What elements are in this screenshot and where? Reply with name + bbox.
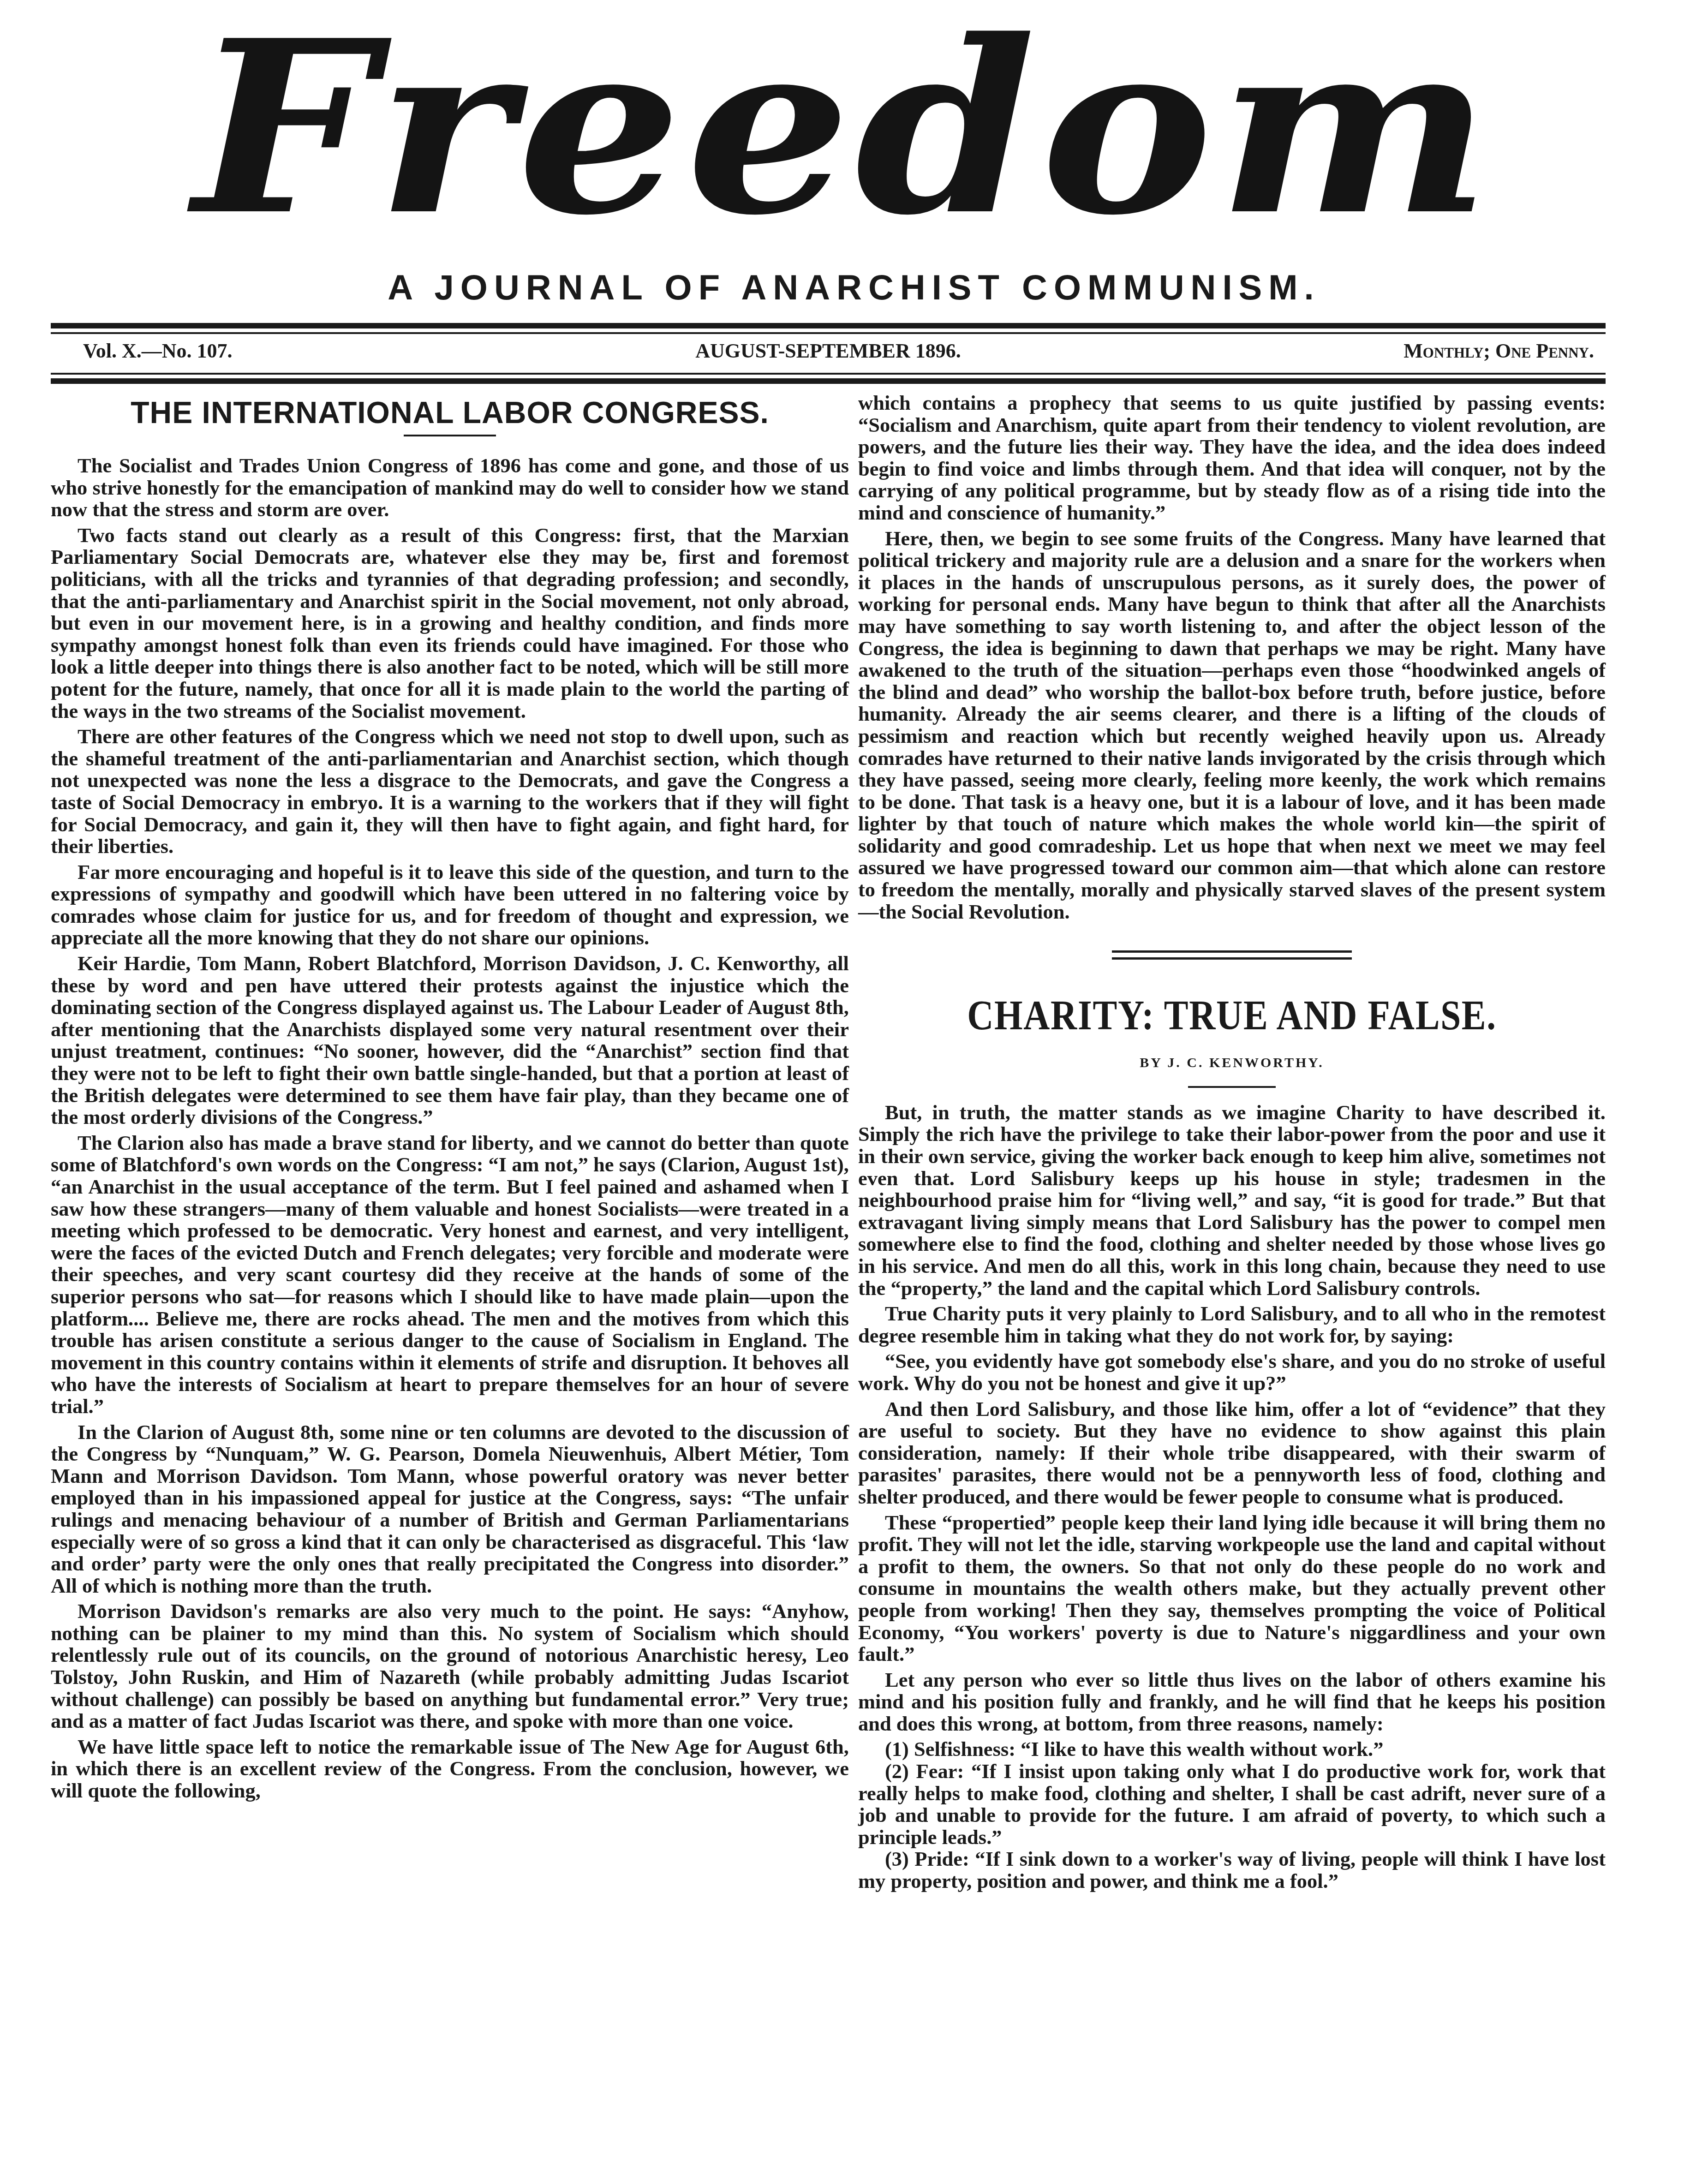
column-right: which contains a prophecy that seems to … bbox=[858, 392, 1606, 1892]
issue-date: AUGUST-SEPTEMBER 1896. bbox=[51, 339, 1606, 363]
article-paragraph: And then Lord Salisbury, and those like … bbox=[858, 1398, 1606, 1508]
newspaper-title: Freedom bbox=[83, 9, 1606, 247]
article-paragraph: Here, then, we begin to see some fruits … bbox=[858, 528, 1606, 923]
article-paragraph: Let any person who ever so little thus l… bbox=[858, 1669, 1606, 1735]
column-divider bbox=[853, 392, 854, 2099]
article-paragraph: The Clarion also has made a brave stand … bbox=[51, 1132, 849, 1418]
article-paragraph: These “propertied” people keep their lan… bbox=[858, 1512, 1606, 1666]
article-paragraph: Two facts stand out clearly as a result … bbox=[51, 525, 849, 722]
article-paragraph: We have little space left to notice the … bbox=[51, 1736, 849, 1802]
article-paragraph: The Socialist and Trades Union Congress … bbox=[51, 455, 849, 521]
article-title-labor-congress: THE INTERNATIONAL LABOR CONGRESS. bbox=[51, 395, 849, 430]
article-byline: BY J. C. KENWORTHY. bbox=[858, 1052, 1606, 1074]
reason-item: (3) Pride: “If I sink down to a worker's… bbox=[858, 1848, 1606, 1892]
article-paragraph: True Charity puts it very plainly to Lor… bbox=[858, 1303, 1606, 1347]
reason-item: (1) Selfishness: “I like to have this we… bbox=[858, 1738, 1606, 1761]
byline-rule bbox=[1188, 1086, 1276, 1088]
article-title-charity: CHARITY: TRUE AND FALSE. bbox=[910, 992, 1553, 1038]
article-paragraph: Morrison Davidson's remarks are also ver… bbox=[51, 1600, 849, 1732]
newspaper-subtitle: A JOURNAL OF ANARCHIST COMMUNISM. bbox=[0, 268, 1708, 308]
article-paragraph: But, in truth, the matter stands as we i… bbox=[858, 1102, 1606, 1299]
article-paragraph: There are other features of the Congress… bbox=[51, 726, 849, 858]
article-paragraph: “See, you evidently have got somebody el… bbox=[858, 1350, 1606, 1394]
masthead: Freedom bbox=[0, 0, 1708, 258]
masthead-rule-bottom bbox=[51, 373, 1606, 384]
article-paragraph: In the Clarion of August 8th, some nine … bbox=[51, 1421, 849, 1597]
section-divider bbox=[1112, 950, 1352, 960]
issue-price: Monthly; One Penny. bbox=[1403, 339, 1594, 363]
article-paragraph: Keir Hardie, Tom Mann, Robert Blatchford… bbox=[51, 953, 849, 1128]
title-rule bbox=[404, 435, 496, 436]
column-left: THE INTERNATIONAL LABOR CONGRESS. The So… bbox=[51, 392, 849, 1806]
dateline: Vol. X.—No. 107. AUGUST-SEPTEMBER 1896. … bbox=[51, 339, 1606, 367]
reason-item: (2) Fear: “If I insist upon taking only … bbox=[858, 1761, 1606, 1848]
masthead-rule-top bbox=[51, 323, 1606, 334]
article-paragraph-continued: which contains a prophecy that seems to … bbox=[858, 392, 1606, 524]
article-paragraph: Far more encouraging and hopeful is it t… bbox=[51, 861, 849, 949]
